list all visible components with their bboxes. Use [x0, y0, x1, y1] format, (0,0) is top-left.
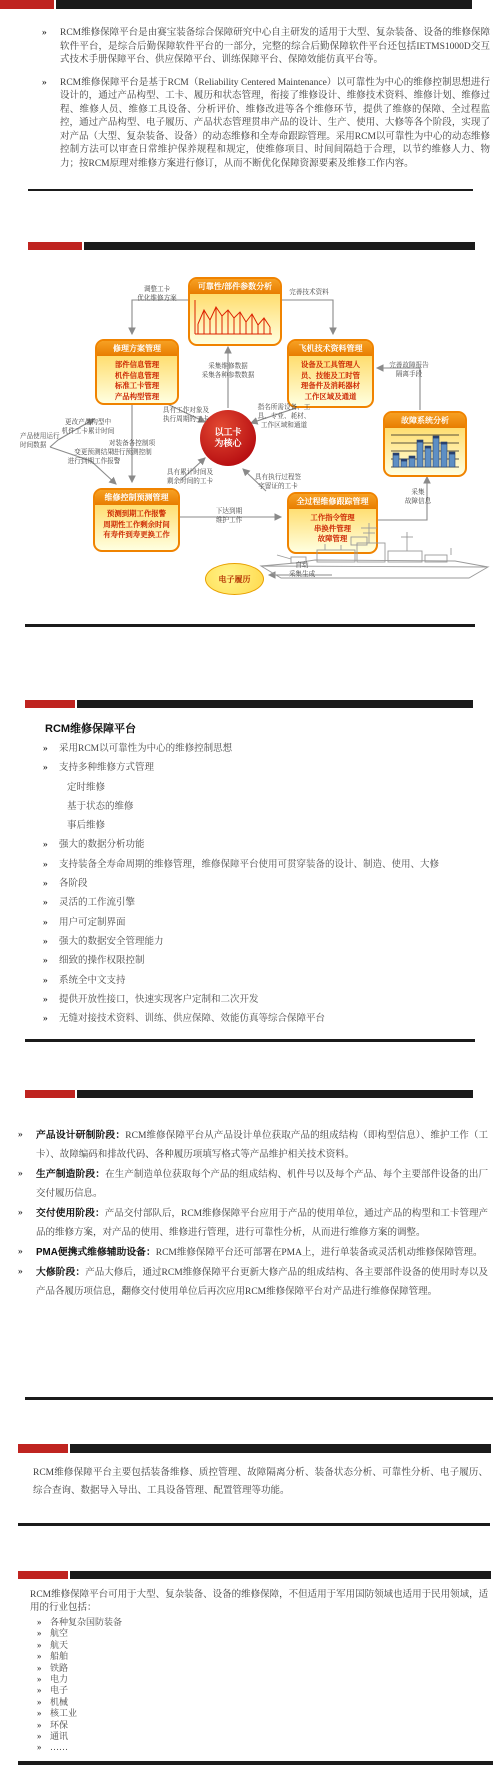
feature-item: »提供开放性接口，快速实现客户定制和二次开发: [43, 991, 493, 1010]
industry-item: »船舶: [37, 1651, 337, 1662]
stage-item: » 交付使用阶段：产品交付部队后，RCM维修保障平台应用于产品的使用单位，通过产…: [18, 1204, 488, 1243]
label-auto-collect: 自动 采集生成: [283, 561, 321, 579]
box-item: 产品构型管理: [97, 392, 177, 403]
bullet-icon: »: [18, 1243, 23, 1262]
label-workcard-object: 具有工作对象及 执行周期的工卡: [158, 406, 214, 424]
box-item: 标准工卡管理: [97, 381, 177, 392]
diagram-box-aircraft-data: 飞机技术资料管理 设备及工具管理人 员、技能及工时管 理备件及消耗器材 工作区域…: [287, 339, 374, 408]
bullet-icon: »: [18, 1165, 23, 1184]
box-item: 理备件及消耗器材: [289, 381, 372, 392]
label-perfect-tech: 完善技术资料: [282, 288, 336, 297]
industry-item: »各种复杂国防装备: [37, 1617, 337, 1628]
diagram-box-fault-analysis: 故障系统分析: [383, 411, 467, 477]
box-item: 有寿件到寿更换工作: [95, 530, 178, 541]
section-band: [25, 1090, 473, 1098]
feature-item: »支持多种维修方式管理: [43, 759, 493, 778]
box-title: 故障系统分析: [385, 413, 465, 428]
feature-item: »无缝对接技术资料、训练、供应保障、效能仿真等综合保障平台: [43, 1010, 493, 1029]
functions-paragraph: RCM维修保障平台主要包括装备维修、质控管理、故障隔离分析、装备状态分析、可靠性…: [33, 1464, 488, 1500]
band-black-bar: [70, 1444, 491, 1453]
bullet-icon: »: [43, 1010, 48, 1029]
band-black-bar: [70, 1571, 491, 1579]
box-items: 预测到期工作报警 周期性工作剩余时间 有寿件到寿更换工作: [95, 505, 178, 541]
industry-item: »铁路: [37, 1663, 337, 1674]
stage-item: » 产品设计研制阶段：RCM维修保障平台从产品设计单位获取产品的组成结构（即构型…: [18, 1126, 488, 1165]
label-signed-card: 具有执行过程签 字留证的工卡: [250, 473, 306, 491]
diagram-box-predict-control: 维修控制预测管理 预测到期工作报警 周期性工作剩余时间 有寿件到寿更换工作: [93, 488, 180, 552]
intro-text: RCM维修保障平台是由赛宝装备综合保障研究中心自主研发的适用于大型、复杂装备、设…: [60, 28, 490, 65]
section-rule: [28, 189, 473, 191]
label-accum-time: 具有累计时间及 剩余时间的工卡: [162, 468, 218, 486]
bullet-icon: »: [37, 1697, 42, 1708]
stage-text: 产品大修后，通过RCM维修保障平台更新大修产品的组成结构、各主要部件设备的使用时…: [36, 1268, 488, 1297]
feature-subitem: 事后维修: [43, 817, 493, 836]
section-band: [28, 242, 475, 250]
box-title: 维修控制预测管理: [95, 490, 178, 505]
box-title: 全过程维修跟踪管理: [289, 494, 376, 509]
box-title: 修理方案管理: [97, 341, 177, 356]
section-band-top: [0, 0, 472, 9]
industry-item: »电子: [37, 1685, 337, 1696]
section-rule: [18, 1523, 490, 1526]
industry-item: »航空: [37, 1628, 337, 1639]
bullet-icon: »: [37, 1742, 42, 1753]
band-red-block: [28, 242, 82, 250]
stage-lead: 大修阶段：: [36, 1267, 85, 1278]
feature-item: »强大的数据安全管理能力: [43, 933, 493, 952]
band-black-bar: [56, 0, 472, 9]
stage-text: RCM维修保障平台还可部署在PMA上，进行单装备或灵活机动维修保障管理。: [156, 1248, 483, 1258]
brochure-page: » RCM维修保障平台是由赛宝装备综合保障研究中心自主研发的适用于大型、复杂装备…: [0, 0, 500, 1768]
box-item: 设备及工具管理人: [289, 360, 372, 371]
features-list: »采用RCM以可靠性为中心的维修控制思想 »支持多种维修方式管理 定时维修 基于…: [43, 740, 493, 1029]
band-red-block: [18, 1444, 68, 1453]
box-item: 部件信息管理: [97, 360, 177, 371]
band-red-block: [18, 1571, 68, 1579]
bullet-icon: »: [18, 1204, 23, 1223]
band-red-block: [0, 0, 54, 9]
section-rule: [25, 624, 475, 627]
diagram-box-reliability: 可靠性/部件参数分析: [188, 277, 282, 346]
bullet-icon: »: [43, 740, 48, 759]
bullet-icon: »: [37, 1720, 42, 1731]
box-items: 部件信息管理 机件信息管理 标准工卡管理 产品构型管理: [97, 356, 177, 402]
stages-list: » 产品设计研制阶段：RCM维修保障平台从产品设计单位获取产品的组成结构（即构型…: [18, 1126, 488, 1302]
section-band: [18, 1444, 491, 1453]
industry-item: »机械: [37, 1697, 337, 1708]
bullet-icon: »: [37, 1651, 42, 1662]
box-item: 工作区域及通道: [289, 392, 372, 403]
bullet-icon: »: [43, 759, 48, 778]
feature-item: »细致的操作权限控制: [43, 952, 493, 971]
bullet-icon: »: [42, 27, 47, 41]
bottom-rule: [18, 1761, 493, 1765]
features-heading: RCM维修保障平台: [45, 720, 136, 736]
bullet-icon: »: [37, 1617, 42, 1628]
bar-chart-icon: [387, 429, 463, 471]
box-item: 机件信息管理: [97, 371, 177, 382]
section-band: [25, 700, 473, 708]
band-red-block: [25, 700, 75, 708]
box-item: 周期性工作剩余时间: [95, 520, 178, 531]
bullet-icon: »: [37, 1708, 42, 1719]
industry-item: »电力: [37, 1674, 337, 1685]
industry-item: »……: [37, 1742, 337, 1753]
stage-item: » PMA便携式维修辅助设备：RCM维修保障平台还可部署在PMA上，进行单装备或…: [18, 1243, 488, 1263]
feature-item: »强大的数据分析功能: [43, 836, 493, 855]
stage-item: » 大修阶段：产品大修后，通过RCM维修保障平台更新大修产品的组成结构、各主要部…: [18, 1263, 488, 1302]
section-rule: [25, 1039, 475, 1042]
industries-intro: RCM维修保障平台可用于大型、复杂装备、设备的维修保障，不但适用于军用国防领域也…: [30, 1589, 490, 1615]
label-collect-fault: 采集 故障信息: [398, 488, 438, 506]
label-issue-work: 下达到期 维护工作: [210, 507, 248, 525]
bullet-icon: »: [37, 1663, 42, 1674]
section-band: [18, 1571, 491, 1579]
bullet-icon: »: [18, 1126, 23, 1145]
label-control-items: 对装备各控制项 进行预测控制: [104, 439, 160, 457]
bullet-icon: »: [43, 914, 48, 933]
stage-text: 产品交付部队后，RCM维修保障平台应用于产品的使用单位，通过产品的构型和工卡管理…: [36, 1209, 488, 1238]
bullet-icon: »: [42, 77, 47, 91]
bullet-icon: »: [43, 972, 48, 991]
intro-bullet: » RCM维修保障平台是基于RCM（Reliability Centered M…: [42, 77, 490, 172]
label-perfect-fault-report: 完善故障报告 隔离手段: [380, 361, 438, 379]
bullet-icon: »: [37, 1640, 42, 1651]
feature-subitem: 基于状态的维修: [43, 798, 493, 817]
label-collect-maint-data: 采集维修数据 采集各种参数数据: [192, 362, 264, 380]
stage-lead: 生产制造阶段：: [36, 1169, 105, 1180]
bullet-icon: »: [43, 894, 48, 913]
industry-item: »核工业: [37, 1708, 337, 1719]
box-item: 员、技能及工时管: [289, 371, 372, 382]
bullet-icon: »: [37, 1674, 42, 1685]
label-named-resources: 指名所需设备、工 具、专业、耗材、 工作区域和通道: [254, 403, 314, 430]
industry-item: »环保: [37, 1720, 337, 1731]
feature-subitem: 定时维修: [43, 779, 493, 798]
feature-item: »系统全中文支持: [43, 972, 493, 991]
bullet-icon: »: [37, 1628, 42, 1639]
feature-item: »用户可定制界面: [43, 914, 493, 933]
band-red-block: [25, 1090, 75, 1098]
stage-item: » 生产制造阶段：在生产制造单位获取每个产品的组成结构、机件号以及每个产品、每个…: [18, 1165, 488, 1204]
band-black-bar: [77, 1090, 473, 1098]
box-items: 设备及工具管理人 员、技能及工时管 理备件及消耗器材 工作区域及通道: [289, 356, 372, 402]
intro-section: » RCM维修保障平台是由赛宝装备综合保障研究中心自主研发的适用于大型、复杂装备…: [42, 27, 490, 180]
box-item: 预测到期工作报警: [95, 509, 178, 520]
bullet-icon: »: [37, 1731, 42, 1742]
feature-item: »灵活的工作流引擎: [43, 894, 493, 913]
feature-item: »采用RCM以可靠性为中心的维修控制思想: [43, 740, 493, 759]
bullet-icon: »: [43, 836, 48, 855]
bullet-icon: »: [43, 875, 48, 894]
industries-list: »各种复杂国防装备 »航空 »航天 »船舶 »铁路 »电力 »电子 »机械 »核…: [37, 1617, 337, 1754]
box-title: 可靠性/部件参数分析: [190, 279, 280, 294]
band-black-bar: [77, 700, 473, 708]
intro-bullet: » RCM维修保障平台是由赛宝装备综合保障研究中心自主研发的适用于大型、复杂装备…: [42, 27, 490, 68]
band-black-bar: [84, 242, 475, 250]
label-adjust-workcard: 调整工卡 优化维修方案: [126, 285, 188, 303]
line-chart-icon: [190, 294, 276, 338]
feature-item: »各阶段: [43, 875, 493, 894]
feature-item: »支持装备全寿命周期的维修管理，维修保障平台使用可贯穿装备的设计、制造、使用、大…: [43, 856, 493, 875]
industry-item: »通讯: [37, 1731, 337, 1742]
stage-lead: 产品设计研制阶段：: [36, 1130, 125, 1141]
bullet-icon: »: [43, 991, 48, 1010]
bullet-icon: »: [43, 933, 48, 952]
bullet-icon: »: [18, 1263, 23, 1282]
bullet-icon: »: [43, 952, 48, 971]
diagram-box-repair: 修理方案管理 部件信息管理 机件信息管理 标准工卡管理 产品构型管理: [95, 339, 179, 405]
industry-item: »航天: [37, 1640, 337, 1651]
box-title: 飞机技术资料管理: [289, 341, 372, 356]
section-rule: [25, 1397, 493, 1400]
stage-lead: PMA便携式维修辅助设备：: [36, 1247, 156, 1258]
intro-text: RCM维修保障平台是基于RCM（Reliability Centered Mai…: [60, 78, 490, 169]
bullet-icon: »: [43, 856, 48, 875]
bullet-icon: »: [37, 1685, 42, 1696]
stage-lead: 交付使用阶段：: [36, 1208, 105, 1219]
